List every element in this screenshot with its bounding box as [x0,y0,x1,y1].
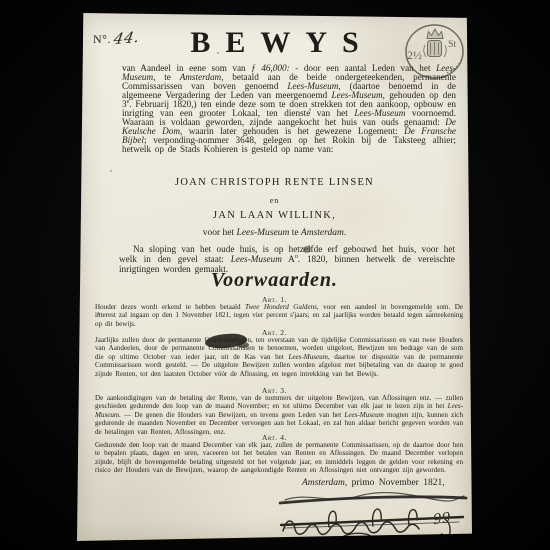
handwritten-number-note: 99 [432,510,452,528]
foxing-speck [110,170,112,172]
foxing-speck [429,310,432,312]
signature-flourish [325,533,371,541]
foxing-speck [217,52,219,54]
for-museum-line: voor het Lees-Museum te Amsterdam. [77,228,472,238]
conjunction-en: en [77,196,472,205]
ink-blot-small [237,342,249,348]
article-2-body: Jaarlijks zullen door de permanente Comm… [95,336,463,378]
conditions-heading: Voorwaarden. [77,269,472,292]
stamp-unit: St [448,39,457,50]
certificate-paper: N°.44. BEWYS 2½ St van Aandeel in eene s… [77,12,472,541]
photo-background: { "doc": { "number_label": "N°.", "numbe… [0,0,550,550]
foxing-speck [97,312,100,315]
article-1-body: Houder dezes wordt erkend te hebben beta… [95,303,463,328]
crown-icon [424,29,447,57]
dateline: Amsterdam, primo November 1821, [302,478,445,488]
article-4-body: Gedurende den loop van de maand December… [95,441,463,475]
article-3-body: De aankondigingen van de betaling der Re… [95,394,463,436]
shareholder-name-1: JOAN CHRISTOPH RENTE LINSEN [77,177,472,188]
stamp-denomination: 2½ [407,48,422,62]
intro-paragraph: van Aandeel in eene som van ƒ 46,000: - … [122,64,456,154]
foxing-speck [135,444,137,446]
shareholder-name-2: JAN LAAN WILLINK, [77,210,472,221]
foxing-speck [309,108,311,111]
